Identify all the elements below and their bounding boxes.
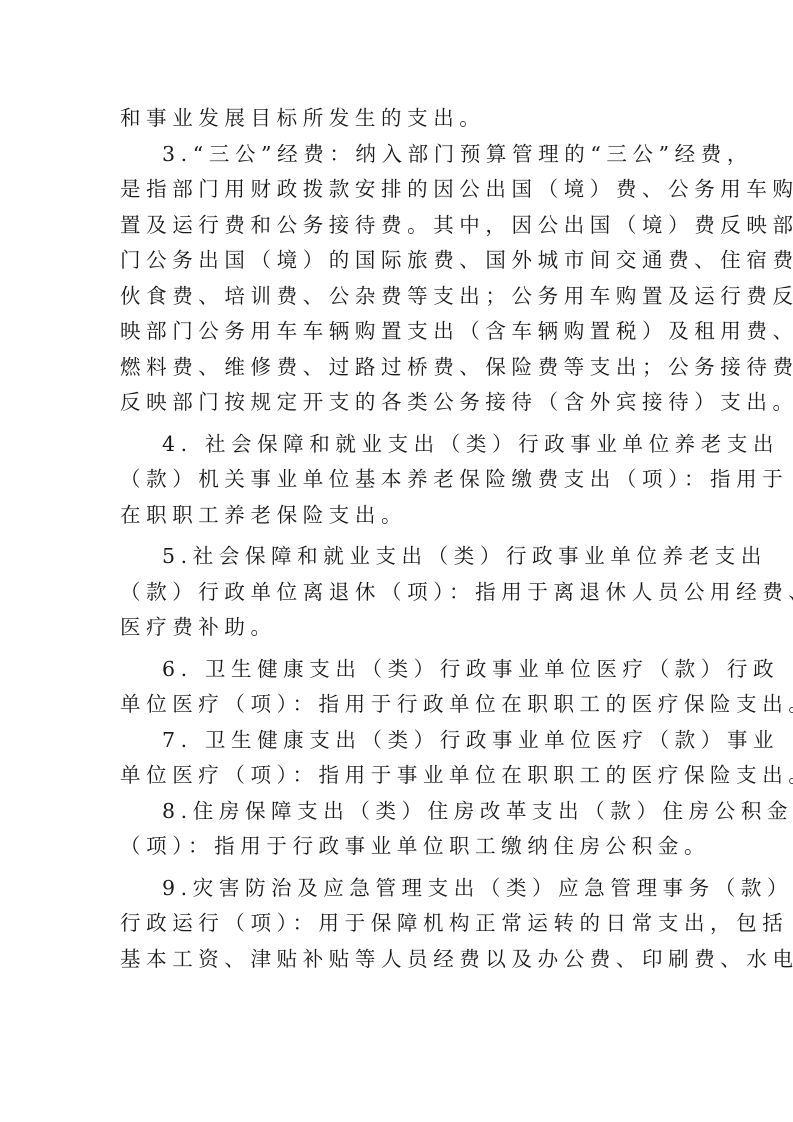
paragraph-retirement: 5.社会保障和就业支出（类）行政事业单位养老支出 （款）行政单位离退休（项）：指… — [120, 539, 694, 646]
text-line: 单位医疗（项）：指用于事业单位在职职工的医疗保险支出。 — [120, 758, 694, 794]
text-line: 燃料费、维修费、过路过桥费、保险费等支出；公务接待费 — [120, 350, 694, 386]
text-line: 3.“三公”经费：纳入部门预算管理的“三公”经费， — [120, 137, 694, 173]
text-line: 医疗费补助。 — [120, 610, 694, 646]
text-line: 6. 卫生健康支出（类）行政事业单位医疗（款）行政 — [120, 652, 694, 688]
text-line: 单位医疗（项）：指用于行政单位在职职工的医疗保险支出。 — [120, 687, 694, 723]
text-line: 基本工资、津贴补贴等人员经费以及办公费、印刷费、水电 — [120, 942, 694, 978]
text-line: 行政运行（项）：用于保障机构正常运转的日常支出，包括 — [120, 906, 694, 942]
text-line: 是指部门用财政拨款安排的因公出国（境）费、公务用车购 — [120, 172, 694, 208]
document-page: 和事业发展目标所发生的支出。 3.“三公”经费：纳入部门预算管理的“三公”经费，… — [120, 101, 694, 977]
text-line: 映部门公务用车车辆购置支出（含车辆购置税）及租用费、 — [120, 314, 694, 350]
text-line: 8.住房保障支出（类）住房改革支出（款）住房公积金 — [120, 794, 694, 830]
text-line: 9.灾害防治及应急管理支出（类）应急管理事务（款） — [120, 871, 694, 907]
text-line: （项）：指用于行政事业单位职工缴纳住房公积金。 — [120, 829, 694, 865]
paragraph-housing-fund: 8.住房保障支出（类）住房改革支出（款）住房公积金 （项）：指用于行政事业单位职… — [120, 794, 694, 865]
paragraph-pension-insurance: 4. 社会保障和就业支出（类）行政事业单位养老支出 （款）机关事业单位基本养老保… — [120, 427, 694, 534]
paragraph-institution-medical: 7. 卫生健康支出（类）行政事业单位医疗（款）事业 单位医疗（项）：指用于事业单… — [120, 723, 694, 794]
text-line: 和事业发展目标所发生的支出。 — [120, 101, 694, 137]
text-line: 4. 社会保障和就业支出（类）行政事业单位养老支出 — [120, 427, 694, 463]
paragraph-three-public-expenses: 3.“三公”经费：纳入部门预算管理的“三公”经费， 是指部门用财政拨款安排的因公… — [120, 137, 694, 421]
text-line: 反映部门按规定开支的各类公务接待（含外宾接待）支出。 — [120, 385, 694, 421]
text-line: 置及运行费和公务接待费。其中，因公出国（境）费反映部 — [120, 208, 694, 244]
text-line: （款）机关事业单位基本养老保险缴费支出（项）：指用于 — [120, 462, 694, 498]
text-line: 门公务出国（境）的国际旅费、国外城市间交通费、住宿费、 — [120, 243, 694, 279]
text-line: 7. 卫生健康支出（类）行政事业单位医疗（款）事业 — [120, 723, 694, 759]
text-line: 伙食费、培训费、公杂费等支出；公务用车购置及运行费反 — [120, 279, 694, 315]
paragraph-continuation: 和事业发展目标所发生的支出。 — [120, 101, 694, 137]
paragraph-admin-medical: 6. 卫生健康支出（类）行政事业单位医疗（款）行政 单位医疗（项）：指用于行政单… — [120, 652, 694, 723]
paragraph-emergency-management: 9.灾害防治及应急管理支出（类）应急管理事务（款） 行政运行（项）：用于保障机构… — [120, 871, 694, 978]
text-line: 在职职工养老保险支出。 — [120, 498, 694, 534]
text-line: （款）行政单位离退休（项）：指用于离退休人员公用经费、 — [120, 575, 694, 611]
text-line: 5.社会保障和就业支出（类）行政事业单位养老支出 — [120, 539, 694, 575]
